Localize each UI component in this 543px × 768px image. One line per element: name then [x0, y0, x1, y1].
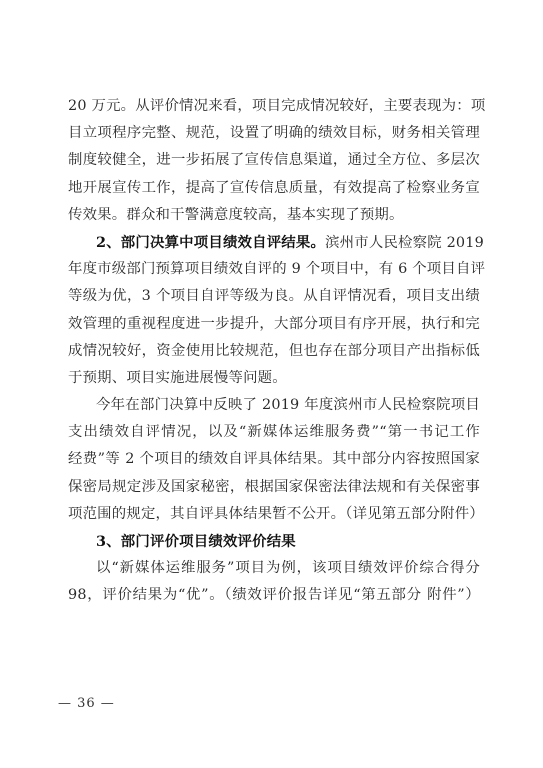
text-line: 年度市级部门预算项目绩效自评的 9 个项目中，有 6 个项目自评 — [68, 256, 480, 283]
text-line: 今年在部门决算中反映了 2019 年度滨州市人民检察院项目 — [68, 392, 480, 419]
text-line: 项范围的规定，其自评具体结果暂不公开。（详见第五部分附件） — [68, 501, 480, 528]
section-department-evaluation: 3、部门评价项目绩效评价结果 以“新媒体运维服务”项目为例，该项目绩效评价综合得… — [68, 528, 480, 610]
text-span: 滨州市人民检察院 2019 — [325, 235, 484, 251]
section-heading: 3、部门评价项目绩效评价结果 — [68, 528, 480, 555]
text-line: 地开展宣传工作，提高了宣传信息质量，有效提高了检察业务宣 — [68, 175, 480, 202]
section-heading-line: 2、部门决算中项目绩效自评结果。滨州市人民检察院 2019 — [68, 229, 480, 256]
text-line: 98，评价结果为“优”。（绩效评价报告详见“第五部分 附件”） — [68, 582, 480, 609]
document-page: 20 万元。从评价情况来看，项目完成情况较好，主要表现为：项 目立项程序完整、规… — [0, 0, 543, 768]
text-line: 保密局规定涉及国家秘密，根据国家保密法律法规和有关保密事 — [68, 474, 480, 501]
text-line: 20 万元。从评价情况来看，项目完成情况较好，主要表现为：项 — [68, 93, 480, 120]
text-line: 经费”等 2 个项目的绩效自评具体结果。其中部分内容按照国家 — [68, 446, 480, 473]
page-content: 20 万元。从评价情况来看，项目完成情况较好，主要表现为：项 目立项程序完整、规… — [68, 93, 480, 610]
text-line: 支出绩效自评情况，以及“新媒体运维服务费”“第一书记工作 — [68, 419, 480, 446]
text-line: 成情况较好，资金使用比较规范，但也存在部分项目产出指标低 — [68, 338, 480, 365]
text-line: 传效果。群众和干警满意度较高，基本实现了预期。 — [68, 202, 480, 229]
text-line: 目立项程序完整、规范，设置了明确的绩效目标，财务相关管理 — [68, 120, 480, 147]
text-line: 效管理的重视程度进一步提升，大部分项目有序开展，执行和完 — [68, 311, 480, 338]
section-self-evaluation: 2、部门决算中项目绩效自评结果。滨州市人民检察院 2019 年度市级部门预算项目… — [68, 229, 480, 392]
text-line: 制度较健全，进一步拓展了宣传信息渠道，通过全方位、多层次 — [68, 147, 480, 174]
section-heading: 2、部门决算中项目绩效自评结果。 — [96, 234, 325, 251]
paragraph-performance-summary: 20 万元。从评价情况来看，项目完成情况较好，主要表现为：项 目立项程序完整、规… — [68, 93, 480, 229]
page-number: — 36 — — [58, 696, 115, 711]
text-line: 于预期、项目实施进展慢等问题。 — [68, 365, 480, 392]
paragraph-disclosure: 今年在部门决算中反映了 2019 年度滨州市人民检察院项目 支出绩效自评情况，以… — [68, 392, 480, 528]
text-line: 以“新媒体运维服务”项目为例，该项目绩效评价综合得分 — [68, 555, 480, 582]
text-line: 等级为优，3 个项目自评等级为良。从自评情况看，项目支出绩 — [68, 283, 480, 310]
